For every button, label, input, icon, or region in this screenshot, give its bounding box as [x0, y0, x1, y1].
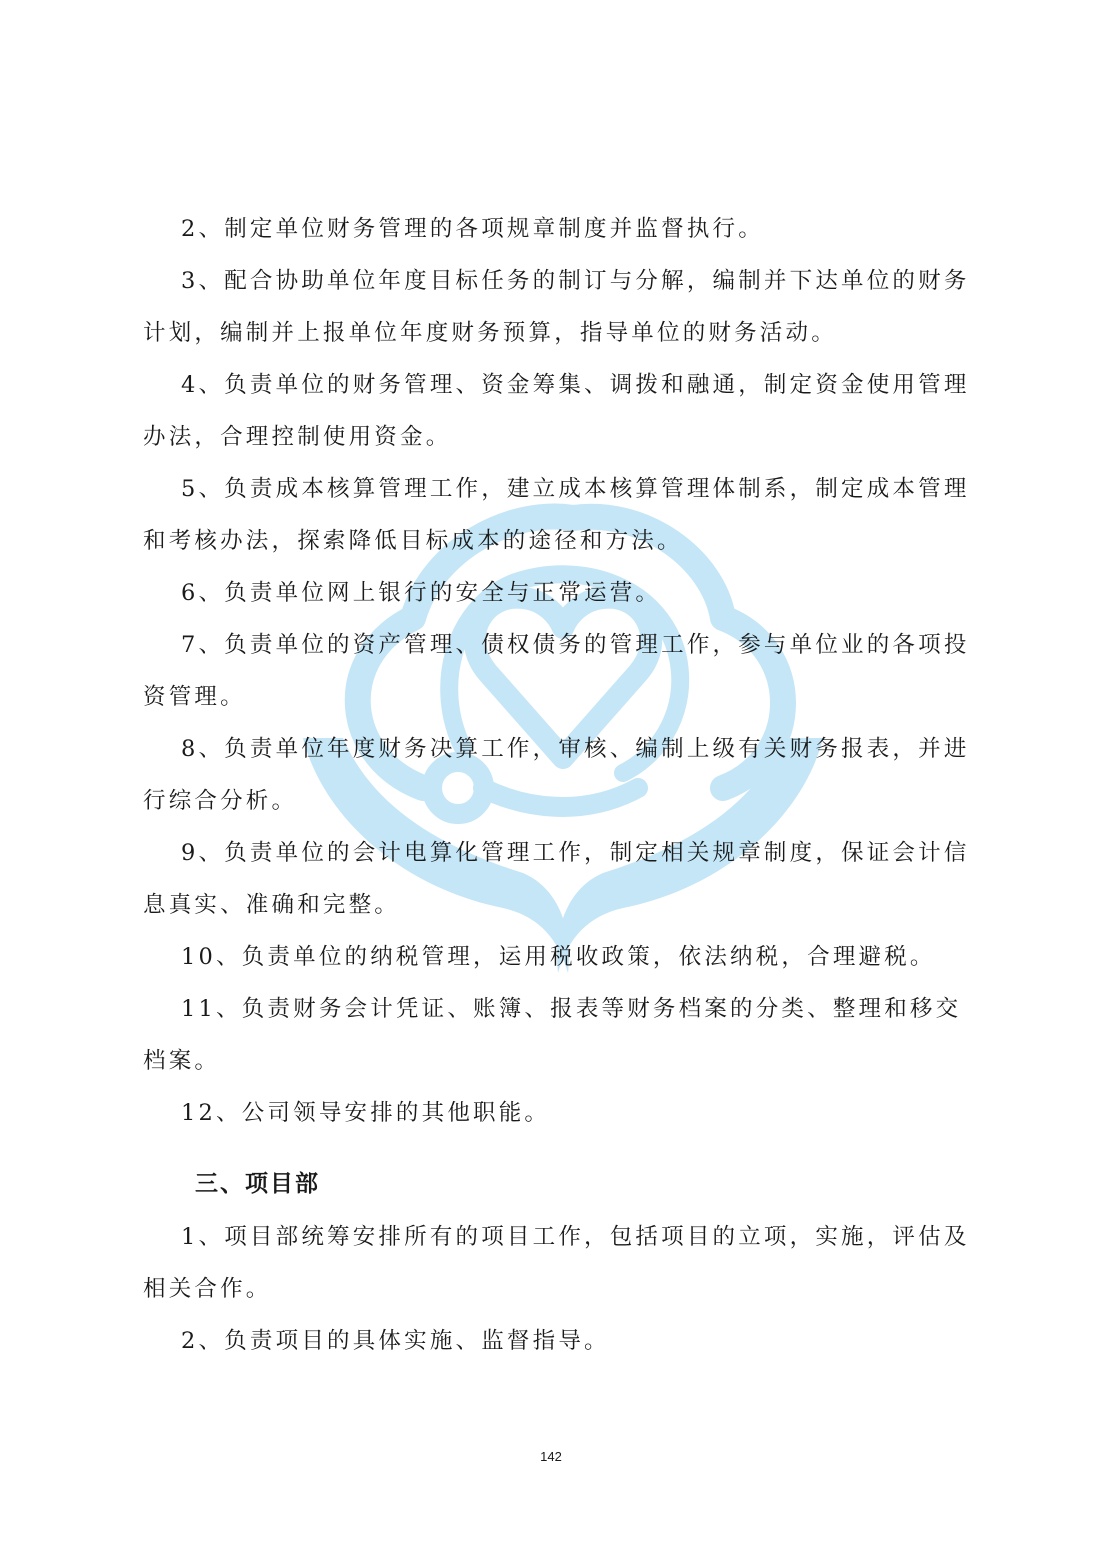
paragraph-item-4-continued: 办法，合理控制使用资金。: [143, 422, 451, 452]
paragraph-item-10: 10、负责单位的纳税管理，运用税收政策，依法纳税，合理避税。: [181, 942, 936, 972]
paragraph-item-9-continued: 息真实、准确和完整。: [143, 890, 400, 920]
paragraph-item-6: 6、负责单位网上银行的安全与正常运营。: [181, 578, 661, 608]
paragraph-item-4: 4、负责单位的财务管理、资金筹集、调拨和融通，制定资金使用管理: [181, 370, 970, 400]
paragraph-item-2: 2、制定单位财务管理的各项规章制度并监督执行。: [181, 214, 764, 244]
paragraph-item-7: 7、负责单位的资产管理、债权债务的管理工作，参与单位业的各项投: [181, 630, 970, 660]
paragraph-item-8: 8、负责单位年度财务决算工作，审核、编制上级有关财务报表，并进: [181, 734, 970, 764]
paragraph-item-11: 11、负责财务会计凭证、账簿、报表等财务档案的分类、整理和移交: [181, 994, 961, 1024]
page-number: 142: [0, 1449, 1102, 1464]
section-paragraph-item-2: 2、负责项目的具体实施、监督指导。: [181, 1326, 610, 1356]
paragraph-item-3: 3、配合协助单位年度目标任务的制订与分解，编制并下达单位的财务: [181, 266, 970, 296]
document-page: 2、制定单位财务管理的各项规章制度并监督执行。 3、配合协助单位年度目标任务的制…: [0, 0, 1102, 1559]
paragraph-item-8-continued: 行综合分析。: [143, 786, 297, 816]
section-heading: 三、项目部: [195, 1169, 320, 1199]
section-paragraph-item-1: 1、项目部统筹安排所有的项目工作，包括项目的立项，实施，评估及: [181, 1222, 970, 1252]
paragraph-item-7-continued: 资管理。: [143, 682, 246, 712]
paragraph-item-5-continued: 和考核办法，探索降低目标成本的途径和方法。: [143, 526, 683, 556]
paragraph-item-3-continued: 计划，编制并上报单位年度财务预算，指导单位的财务活动。: [143, 318, 837, 348]
paragraph-item-5: 5、负责成本核算管理工作，建立成本核算管理体制系，制定成本管理: [181, 474, 970, 504]
paragraph-item-12: 12、公司领导安排的其他职能。: [181, 1098, 550, 1128]
paragraph-item-11-continued: 档案。: [143, 1046, 220, 1076]
section-paragraph-item-1-continued: 相关合作。: [143, 1274, 272, 1304]
paragraph-item-9: 9、负责单位的会计电算化管理工作，制定相关规章制度，保证会计信: [181, 838, 970, 868]
